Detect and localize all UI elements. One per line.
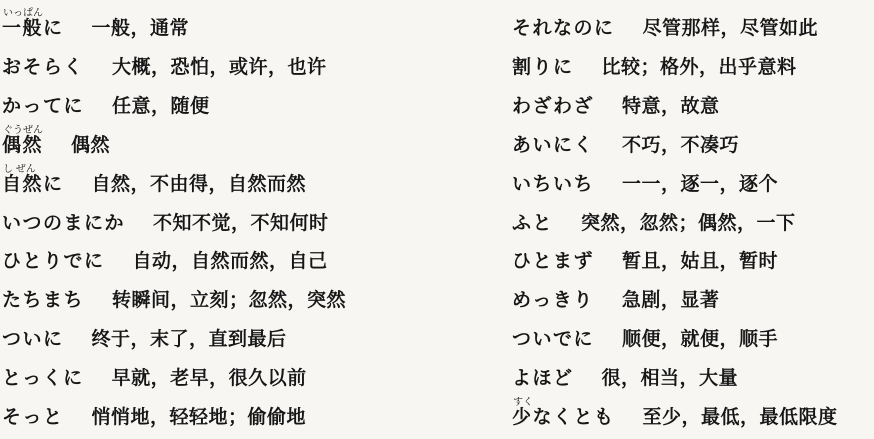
meaning-chinese: 急剧，显著	[622, 290, 720, 312]
word-japanese: わざわざ	[512, 96, 594, 118]
word-japanese: それなのに	[512, 18, 615, 40]
vocab-entry: それなのに 尽管那样，尽管如此	[512, 10, 874, 49]
word-okurigana: に	[43, 174, 64, 195]
meaning-chinese: 终于，末了，直到最后	[92, 329, 287, 351]
meaning-chinese: 早就，老早，很久以前	[112, 368, 307, 390]
vocab-entry: わざわざ 特意，故意	[512, 88, 874, 127]
vocab-entry: し ぜん自然に 自然，不由得，自然而然	[2, 165, 472, 204]
vocab-page: いっぱん一般に 一般，通常 おそらく 大概，恐怕，或许，也许 かってに 任意，随…	[0, 0, 874, 439]
meaning-chinese: 自然，不由得，自然而然	[92, 174, 307, 196]
meaning-chinese: 顺便，就便，顺手	[622, 329, 778, 351]
meaning-chinese: 突然，忽然；偶然，一下	[581, 213, 796, 235]
vocab-entry: あいにく 不巧，不凑巧	[512, 126, 874, 165]
vocab-entry: かってに 任意，随便	[2, 88, 472, 127]
word-base-kanji: 一般	[2, 18, 43, 39]
word-japanese: たちまち	[2, 290, 84, 312]
word-okurigana: に	[43, 18, 64, 39]
meaning-chinese: 暂且，姑且，暂时	[622, 251, 778, 273]
word-japanese: いちいち	[512, 174, 594, 196]
word-japanese: よほど	[512, 368, 574, 390]
vocab-entry: 割りに 比较；格外，出乎意料	[512, 49, 874, 88]
vocab-entry: いつのまにか 不知不觉，不知何时	[2, 204, 472, 243]
vocab-entry: いちいち 一一，逐一，逐个	[512, 165, 874, 204]
meaning-chinese: 不巧，不凑巧	[622, 135, 739, 157]
meaning-chinese: 很，相当，大量	[602, 368, 739, 390]
vocab-entry: ついでに 顺便，就便，顺手	[512, 321, 874, 360]
vocab-entry: おそらく 大概，恐怕，或许，也许	[2, 49, 472, 88]
meaning-chinese: 偶然	[71, 135, 110, 157]
word-japanese: ひとまず	[512, 251, 594, 273]
word-base-kanji: 偶然	[2, 135, 43, 156]
word-japanese: とっくに	[2, 368, 84, 390]
vocab-entry: ひとりでに 自动，自然而然，自己	[2, 243, 472, 282]
vocab-entry: とっくに 早就，老早，很久以前	[2, 359, 472, 398]
word-base-kanji: 自然	[2, 174, 43, 195]
vocab-entry: ついに 终于，末了，直到最后	[2, 321, 472, 360]
word-japanese: ぐうぜん偶然	[2, 135, 43, 157]
vocab-entry: たちまち 转瞬间，立刻；忽然，突然	[2, 282, 472, 321]
meaning-chinese: 悄悄地，轻轻地；偷偷地	[92, 407, 307, 429]
meaning-chinese: 特意，故意	[622, 96, 720, 118]
word-japanese: し ぜん自然に	[2, 174, 64, 196]
meaning-chinese: 任意，随便	[112, 96, 210, 118]
word-japanese: すく少なくとも	[512, 407, 615, 429]
furigana: ぐうぜん	[3, 126, 43, 136]
word-japanese: ついに	[2, 329, 64, 351]
vocab-entry: ふと 突然，忽然；偶然，一下	[512, 204, 874, 243]
ruby-group: いっぱん一般	[2, 18, 43, 40]
vocab-entry: ひとまず 暂且，姑且，暂时	[512, 243, 874, 282]
furigana: いっぱん	[3, 9, 43, 19]
vocab-entry: めっきり 急剧，显著	[512, 282, 874, 321]
word-japanese: おそらく	[2, 57, 84, 79]
meaning-chinese: 自动，自然而然，自己	[133, 251, 328, 273]
word-japanese: いっぱん一般に	[2, 18, 64, 40]
meaning-chinese: 转瞬间，立刻；忽然，突然	[112, 290, 346, 312]
vocab-entry: ぐうぜん偶然 偶然	[2, 126, 472, 165]
meaning-chinese: 一一，逐一，逐个	[622, 174, 778, 196]
word-okurigana: なくとも	[533, 407, 615, 428]
meaning-chinese: 一般，通常	[92, 18, 190, 40]
ruby-group: ぐうぜん偶然	[2, 135, 43, 157]
vocab-entry: よほど 很，相当，大量	[512, 359, 874, 398]
word-japanese: めっきり	[512, 290, 594, 312]
word-japanese: 割りに	[512, 57, 574, 79]
word-japanese: ふと	[512, 213, 553, 235]
word-japanese: かってに	[2, 96, 84, 118]
vocab-entry: そっと 悄悄地，轻轻地；偷偷地	[2, 398, 472, 437]
vocab-entry: いっぱん一般に 一般，通常	[2, 10, 472, 49]
word-japanese: そっと	[2, 407, 64, 429]
meaning-chinese: 比较；格外，出乎意料	[602, 57, 797, 79]
vocab-column-left: いっぱん一般に 一般，通常 おそらく 大概，恐怕，或许，也许 かってに 任意，随…	[2, 0, 472, 439]
word-japanese: いつのまにか	[2, 213, 125, 235]
ruby-group: し ぜん自然	[2, 174, 43, 196]
word-japanese: あいにく	[512, 135, 594, 157]
ruby-group: すく少	[512, 407, 533, 429]
meaning-chinese: 尽管那样，尽管如此	[643, 18, 819, 40]
furigana: すく	[513, 398, 533, 408]
meaning-chinese: 大概，恐怕，或许，也许	[112, 57, 327, 79]
word-japanese: ついでに	[512, 329, 594, 351]
word-base-kanji: 少	[512, 407, 533, 428]
meaning-chinese: 不知不觉，不知何时	[153, 213, 329, 235]
furigana: し ぜん	[3, 165, 36, 175]
meaning-chinese: 至少，最低，最低限度	[643, 407, 838, 429]
vocab-column-right: それなのに 尽管那样，尽管如此 割りに 比较；格外，出乎意料 わざわざ 特意，故…	[512, 0, 874, 439]
word-japanese: ひとりでに	[2, 251, 105, 273]
vocab-entry: すく少なくとも 至少，最低，最低限度	[512, 398, 874, 437]
